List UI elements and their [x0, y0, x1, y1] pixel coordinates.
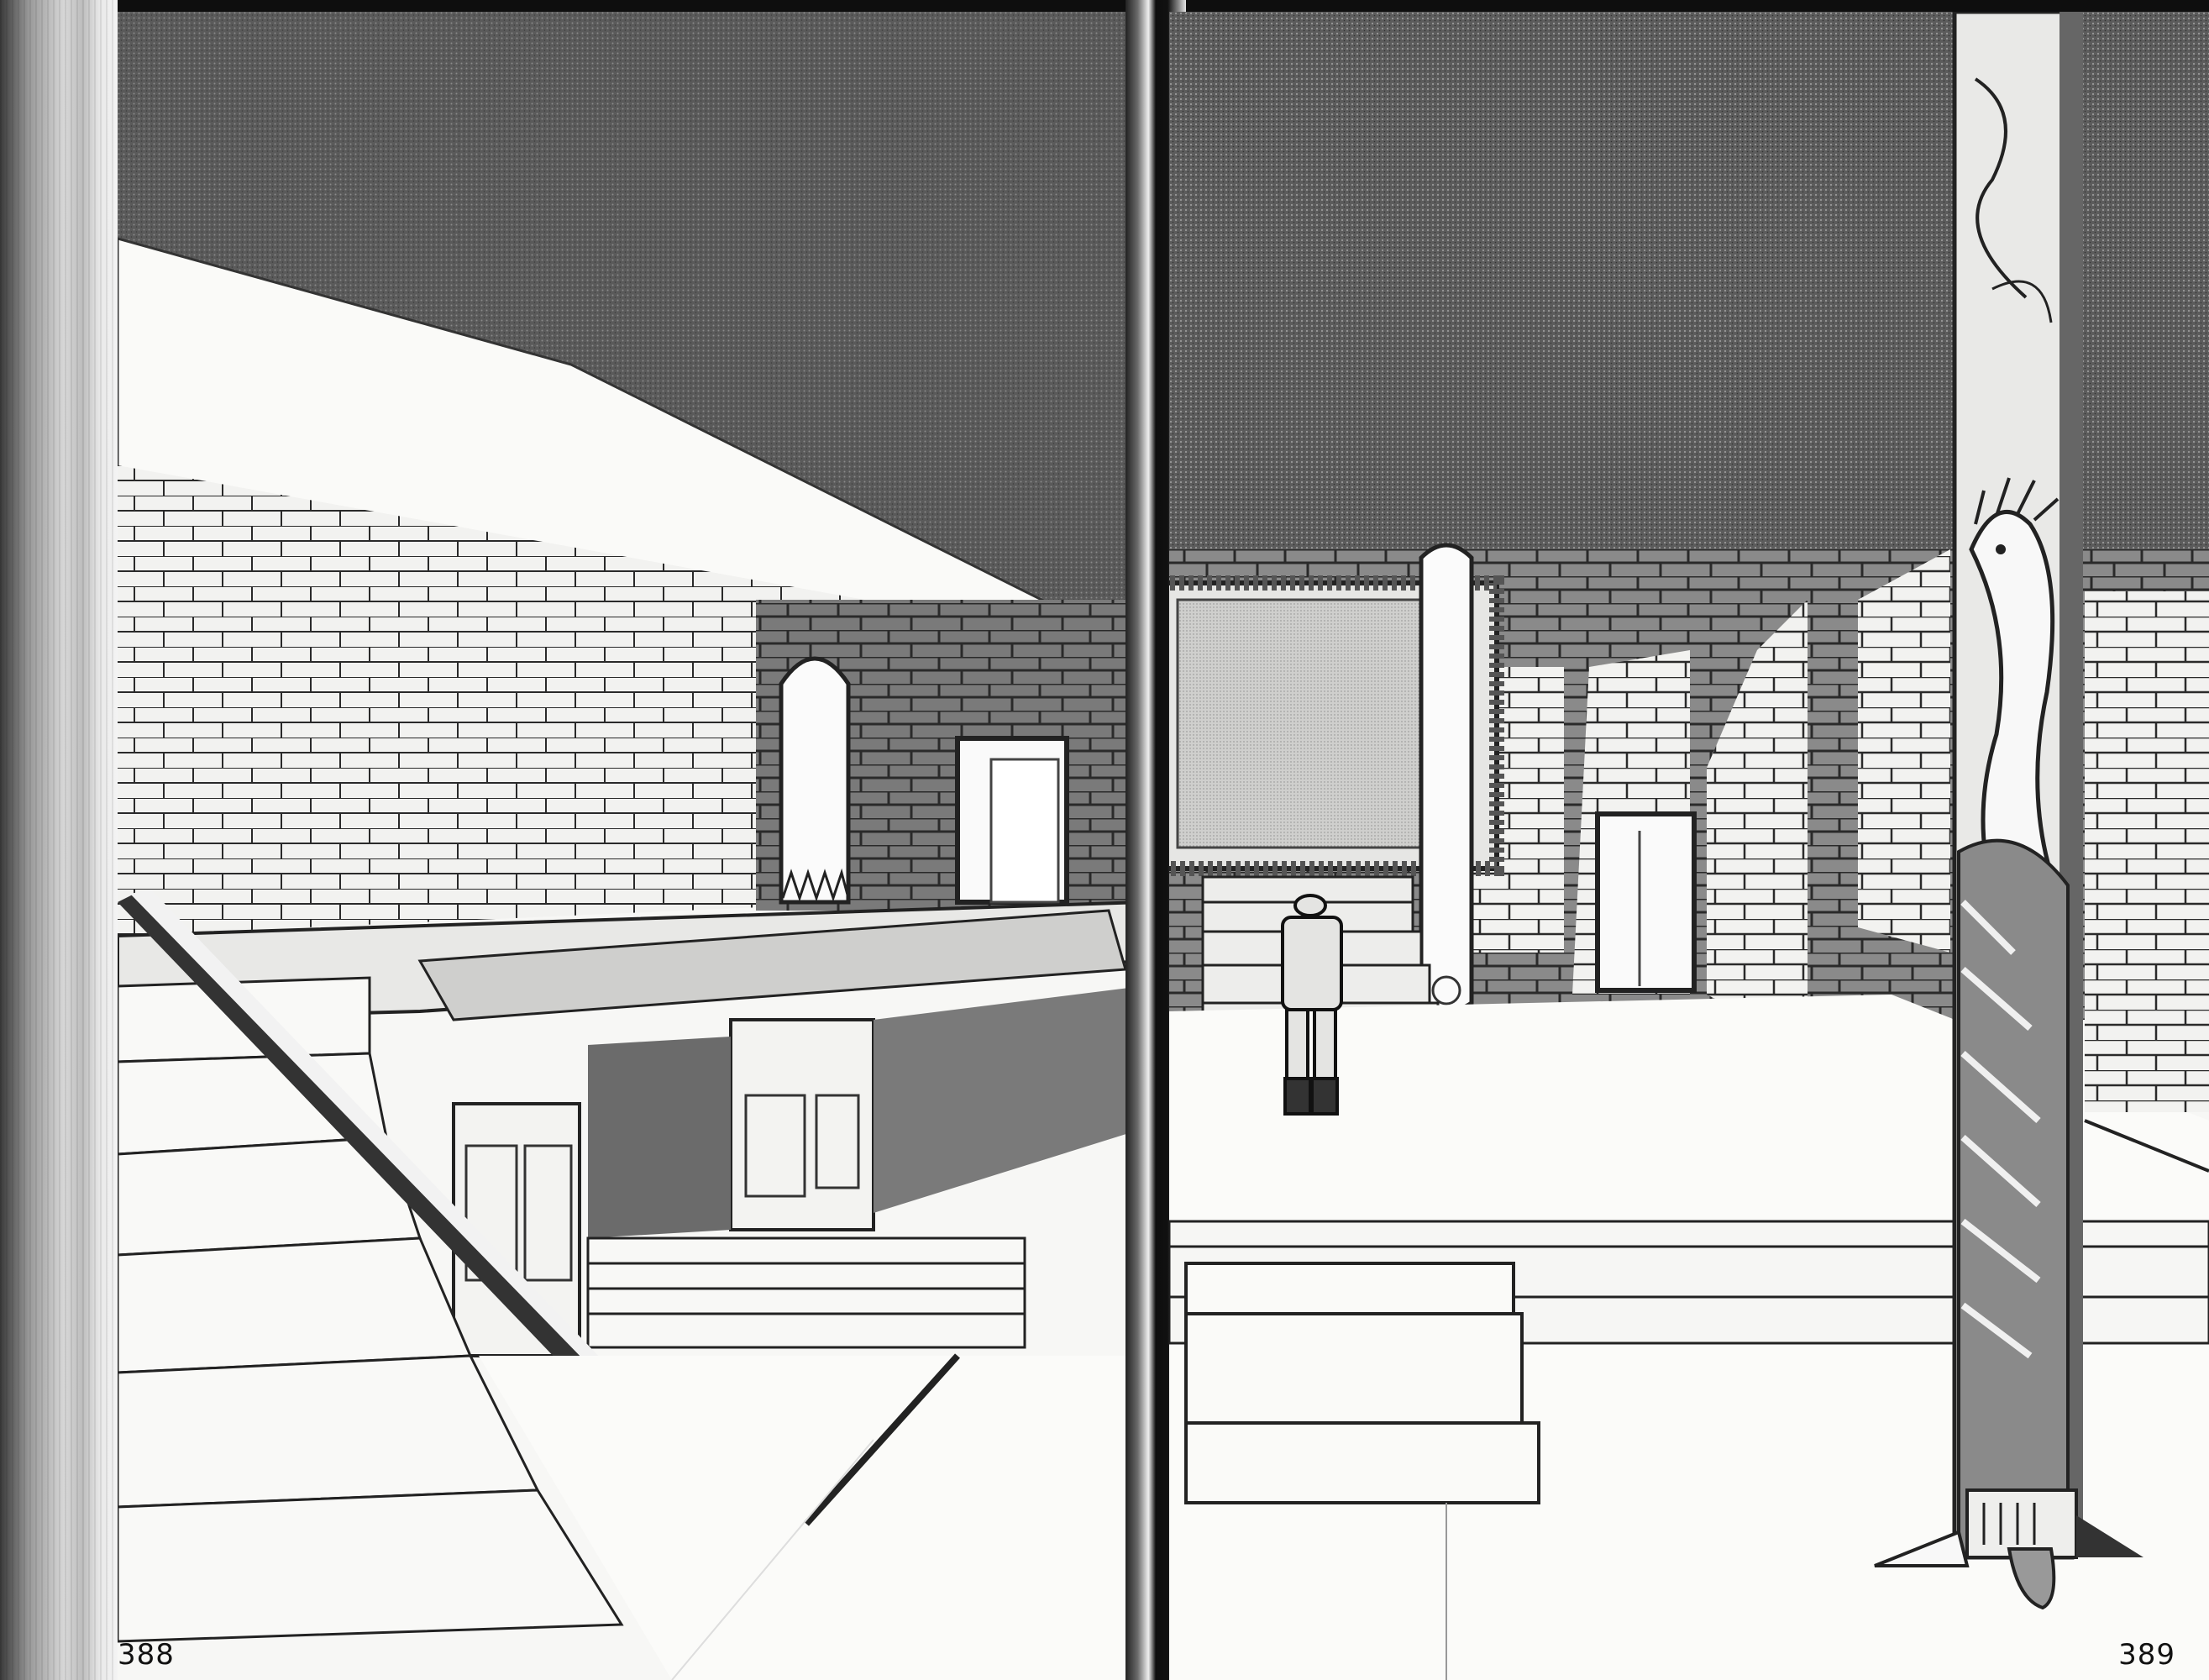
scan-top-border: [0, 0, 2209, 12]
doorway-right: [1598, 814, 1694, 990]
book-spread: 388: [0, 0, 2209, 1680]
page-block-edge: [0, 0, 118, 1680]
page-number-left: 388: [118, 1638, 175, 1672]
page-number-right: 389: [2118, 1638, 2175, 1672]
lower-steps: [588, 1238, 1025, 1347]
left-page-illustration: [118, 12, 1142, 1680]
front-steps: [1186, 1263, 1539, 1503]
arched-window: [781, 659, 848, 902]
round-pillar: [1421, 545, 1472, 1011]
right-page: 389: [1169, 12, 2209, 1680]
left-page: 388: [118, 12, 1142, 1680]
right-page-illustration: [1169, 12, 2209, 1680]
platform-pillar: [731, 1020, 874, 1230]
figure: [1283, 895, 1341, 1114]
